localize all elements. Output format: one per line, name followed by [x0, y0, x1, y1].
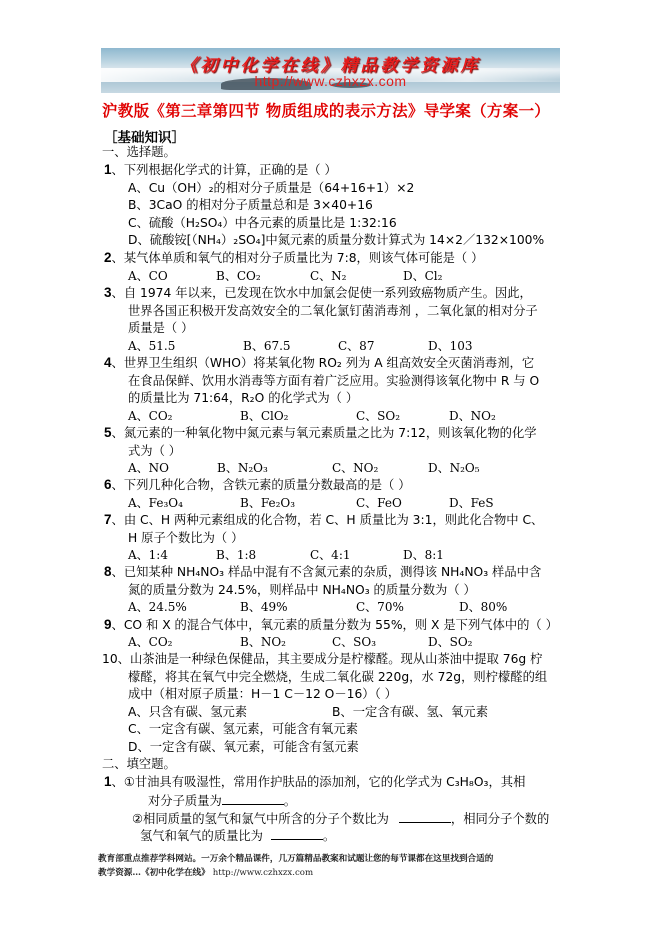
option-b: B、NO₂ — [240, 634, 286, 650]
question-9: 9、CO 和 X 的混合气体中，氧元素的质量分数为 55%，则 X 是下列气体中… — [104, 617, 558, 633]
question-5: 5、氮元素的一种氧化物中氮元素与氧元素质量之比为 7:12，则该氧化物的化学 — [104, 425, 537, 441]
question-text-cont: 氮的质量分数为 24.5%，则样品中 NH₄NO₃ 的质量分数为（ ） — [128, 582, 476, 598]
option-c: C、一定含有碳、氢元素，可能含有氧元素 — [128, 721, 358, 737]
option-b: B、Fe₂O₃ — [240, 495, 295, 511]
option-c: C、N₂ — [310, 268, 347, 284]
question-text-cont: 质量是（ ） — [128, 320, 193, 336]
option-c: C、SO₃ — [332, 634, 376, 650]
option-c: C、87 — [338, 338, 374, 354]
question-text: 、某气体单质和氧气的相对分子质量比为 7:8，则该气体可能是（ ） — [112, 251, 484, 265]
question-number: 7 — [104, 512, 112, 527]
question-number: 3 — [104, 285, 112, 300]
question-text-cont: 成中（相对原子质量：H－1 C－12 O－16）（ ） — [128, 686, 397, 702]
part2-heading: 二、填空题。 — [102, 756, 176, 772]
footer-line-1: 教育部重点推荐学科网站。一万余个精品课件，几万篇精品教案和试题让您的每节课都在这… — [98, 852, 568, 866]
option-a: A、只含有碳、氢元素 — [128, 704, 247, 720]
question-3: 3、自 1974 年以来，已发现在饮水中加氯会促使一系列致癌物质产生。因此， — [104, 285, 532, 301]
option-d: D、103 — [428, 338, 473, 354]
fill-question-1: 1、①甘油具有吸湿性，常用作护肤品的添加剂，它的化学式为 C₃H₈O₃，其相 — [104, 774, 525, 790]
footer-text: 教学资源…《初中化学在线》 — [98, 868, 210, 878]
question-text-cont: 檬醛，将其在氧气中完全燃烧，生成二氧化碳 220g，水 72g，则柠檬醛的组 — [128, 669, 547, 685]
document-page: 《初中化学在线》精品教学资源库 http://www.czhxzx.com 沪教… — [0, 0, 661, 935]
option-a: A、1:4 — [128, 547, 168, 563]
option-d: D、8:1 — [403, 547, 444, 563]
footer-line-2: 教学资源…《初中化学在线》 http://www.czhxzx.com — [98, 866, 568, 880]
question-text: 、世界卫生组织（WHO）将某氧化物 RO₂ 列为 A 组高效安全灭菌消毒剂，它 — [112, 356, 535, 370]
answer-blank[interactable] — [222, 792, 284, 805]
option-a: A、NO — [128, 460, 169, 476]
question-number: 10 — [102, 652, 118, 666]
part1-heading: 一、选择题。 — [102, 144, 176, 160]
question-text-cont: 世界各国正积极开发高效安全的二氧化氯钉菌消毒剂 ，二氧化氯的相对分子 — [128, 303, 538, 319]
question-number: 1 — [104, 774, 112, 789]
question-text: 、氮元素的一种氧化物中氮元素与氧元素质量之比为 7:12，则该氧化物的化学 — [112, 426, 537, 440]
question-2: 2、某气体单质和氧气的相对分子质量比为 7:8，则该气体可能是（ ） — [104, 250, 483, 266]
option-a: A、Fe₃O₄ — [128, 495, 183, 511]
option-c: C、FeO — [356, 495, 402, 511]
option-a: A、51.5 — [128, 338, 175, 354]
question-text: 、由 C、H 两种元素组成的化合物，若 C、H 质量比为 3:1，则此化合物中 … — [112, 513, 544, 527]
option-b: B、3CaO 的相对分子质量总和是 3×40+16 — [128, 197, 373, 213]
punctuation: 。 — [284, 794, 296, 808]
option-d: D、FeS — [449, 495, 494, 511]
question-number: 6 — [104, 477, 112, 492]
option-c: C、NO₂ — [332, 460, 378, 476]
option-d: D、N₂O₅ — [428, 460, 480, 476]
question-text-cont: 在食品保鲜、饮用水消毒等方面有着广泛应用。实验测得该氧化物中 R 与 O — [128, 373, 539, 389]
answer-blank[interactable] — [399, 810, 451, 823]
question-text: ②相同质量的氢气和氯气中所含的分子个数比为 — [132, 812, 389, 826]
fill-question-1-part2-cont: 氢气和氧气的质量比为 。 — [140, 827, 335, 844]
question-number: 5 — [104, 425, 112, 440]
banner-url: http://www.czhxzx.com — [101, 73, 560, 89]
option-d: D、SO₂ — [428, 634, 473, 650]
fill-question-1-part2: ②相同质量的氢气和氯气中所含的分子个数比为 ，相同分子个数的 — [132, 810, 549, 827]
document-title: 沪教版《第三章第四节 物质组成的表示方法》导学案（方案一） — [102, 99, 562, 121]
option-d: D、NO₂ — [449, 408, 496, 424]
site-banner: 《初中化学在线》精品教学资源库 http://www.czhxzx.com — [101, 48, 560, 93]
option-b: B、CO₂ — [216, 268, 261, 284]
answer-blank[interactable] — [271, 827, 323, 840]
question-text: 对分子质量为 — [148, 794, 222, 808]
footer-link[interactable]: http://www.czhxzx.com — [213, 868, 313, 878]
punctuation: 。 — [323, 829, 335, 843]
question-number: 9 — [104, 617, 112, 632]
question-number: 8 — [104, 564, 112, 579]
option-d: D、80% — [459, 599, 507, 615]
question-4: 4、世界卫生组织（WHO）将某氧化物 RO₂ 列为 A 组高效安全灭菌消毒剂，它 — [104, 355, 534, 371]
question-text: 、已知某种 NH₄NO₃ 样品中混有不含氮元素的杂质，测得该 NH₄NO₃ 样品… — [112, 565, 542, 579]
question-8: 8、已知某种 NH₄NO₃ 样品中混有不含氮元素的杂质，测得该 NH₄NO₃ 样… — [104, 564, 541, 580]
page-footer: 教育部重点推荐学科网站。一万余个精品课件，几万篇精品教案和试题让您的每节课都在这… — [98, 852, 568, 880]
question-text: ，相同分子个数的 — [451, 812, 549, 826]
option-b: B、ClO₂ — [240, 408, 289, 424]
option-d: D、一定含有碳、氧元素，可能含有氢元素 — [128, 739, 359, 755]
option-a: A、24.5% — [128, 599, 187, 615]
question-text: 、山茶油是一种绿色保健品，其主要成分是柠檬醛。现从山茶油中提取 76g 柠 — [118, 652, 543, 666]
option-b: B、1:8 — [216, 547, 256, 563]
option-b: B、一定含有碳、氢、氧元素 — [332, 704, 488, 720]
option-b: B、67.5 — [243, 338, 291, 354]
option-c: C、SO₂ — [356, 408, 400, 424]
option-d: D、硫酸铵[（NH₄）₂SO₄]中氮元素的质量分数计算式为 14×2／132×1… — [128, 232, 544, 248]
question-number: 1 — [104, 162, 112, 177]
option-c: C、4:1 — [310, 547, 351, 563]
option-c: C、硫酸（H₂SO₄）中各元素的质量比是 1:32:16 — [128, 215, 397, 231]
option-a: A、Cu（OH）₂的相对分子质量是（64+16+1）×2 — [128, 180, 414, 196]
option-a: A、CO₂ — [128, 634, 173, 650]
question-text: 氢气和氧气的质量比为 — [140, 829, 263, 843]
question-text-cont: 的质量比为 71:64，R₂O 的化学式为（ ） — [128, 390, 358, 406]
question-text: 、下列几种化合物，含铁元素的质量分数最高的是（ ） — [112, 478, 411, 492]
option-a: A、CO₂ — [128, 408, 173, 424]
option-b: B、N₂O₃ — [217, 460, 268, 476]
option-c: C、70% — [356, 599, 404, 615]
option-b: B、49% — [240, 599, 288, 615]
question-text: 、①甘油具有吸湿性，常用作护肤品的添加剂，它的化学式为 C₃H₈O₃，其相 — [112, 775, 526, 789]
question-number: 4 — [104, 355, 112, 370]
question-text: 、CO 和 X 的混合气体中，氧元素的质量分数为 55%，则 X 是下列气体中的… — [112, 618, 558, 632]
fill-question-1-cont: 对分子质量为。 — [148, 792, 296, 809]
option-d: D、Cl₂ — [403, 268, 442, 284]
question-6: 6、下列几种化合物，含铁元素的质量分数最高的是（ ） — [104, 477, 411, 493]
question-1: 1、下列根据化学式的计算，正确的是（ ） — [104, 162, 337, 178]
question-text: 、自 1974 年以来，已发现在饮水中加氯会促使一系列致癌物质产生。因此， — [112, 286, 532, 300]
question-text-cont: H 原子个数比为（ ） — [128, 530, 243, 546]
section-tag: ［基础知识］ — [104, 126, 185, 146]
question-7: 7、由 C、H 两种元素组成的化合物，若 C、H 质量比为 3:1，则此化合物中… — [104, 512, 543, 528]
question-10: 10、山茶油是一种绿色保健品，其主要成分是柠檬醛。现从山茶油中提取 76g 柠 — [102, 651, 542, 667]
question-number: 2 — [104, 250, 112, 265]
option-a: A、CO — [128, 268, 168, 284]
question-text: 、下列根据化学式的计算，正确的是（ ） — [112, 163, 337, 177]
question-text-cont: 式为（ ） — [128, 443, 181, 459]
